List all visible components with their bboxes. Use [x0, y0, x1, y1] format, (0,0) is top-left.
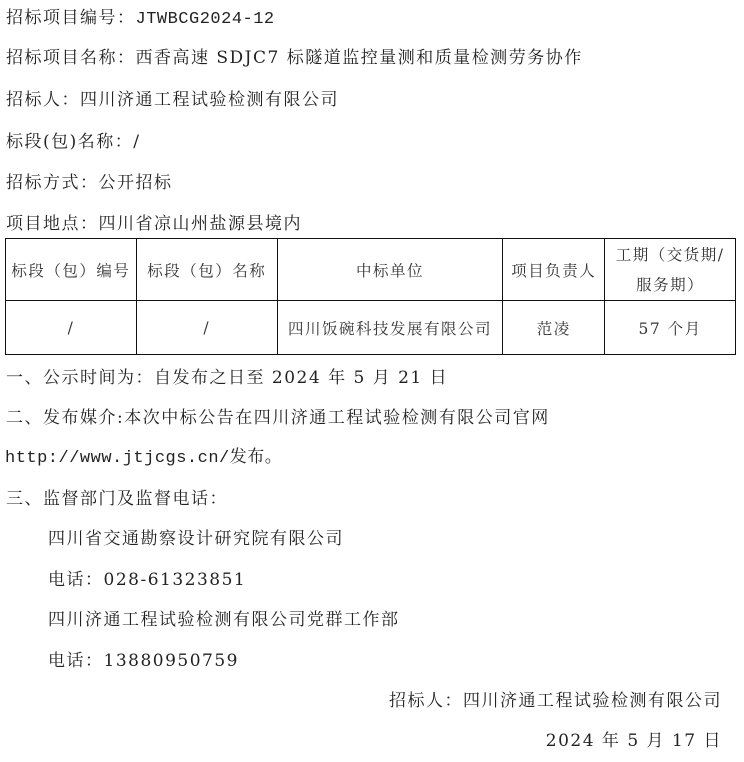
supervisor-phone-line-2: 电话：13880950759: [48, 649, 239, 673]
phone-number: 028-61323851: [104, 570, 247, 590]
tenderer-line: 招标人：四川济通工程试验检测有限公司: [6, 88, 339, 112]
column-header-manager: 项目负责人: [503, 239, 605, 301]
cell-lot-name: /: [136, 301, 277, 355]
project-number-value: JTWBCG2024-12: [136, 10, 275, 29]
phone-label: 电话：: [48, 651, 104, 671]
supervision-title: 三、监督部门及监督电话：: [6, 487, 228, 511]
table-row: / / 四川饭碗科技发展有限公司 范凌 57 个月: [6, 301, 736, 355]
award-table: 标段（包）编号 标段（包）名称 中标单位 项目负责人 工期（交货期/ 服务期） …: [5, 238, 736, 355]
supervisor-phone-line-1: 电话：028-61323851: [48, 568, 246, 592]
media-url-line: http://www.jtjcgs.cn/发布。: [5, 447, 282, 471]
period-header-line2: 服务期）: [607, 270, 733, 300]
supervisor-org-2: 四川济通工程试验检测有限公司党群工作部: [48, 608, 400, 632]
lot-name-line: 标段(包)名称：/: [6, 130, 141, 154]
publicity-period-line: 一、公示时间为：自发布之日至 2024 年 5 月 21 日: [6, 366, 448, 390]
method-line: 招标方式：公开招标: [6, 171, 173, 195]
tenderer-label: 招标人：: [6, 90, 80, 110]
tenderer-value: 四川济通工程试验检测有限公司: [80, 90, 339, 110]
project-name-value: 西香高速 SDJC7 标隧道监控量测和质量检测劳务协作: [136, 48, 583, 68]
location-value: 四川省凉山州盐源县境内: [99, 214, 303, 234]
method-label: 招标方式：: [6, 173, 99, 193]
project-number-label: 招标项目编号：: [6, 8, 136, 28]
column-header-lot-name: 标段（包）名称: [136, 239, 277, 301]
location-label: 项目地点：: [6, 214, 99, 234]
project-name-label: 招标项目名称：: [6, 48, 136, 68]
column-header-lot-number: 标段（包）编号: [6, 239, 137, 301]
method-value: 公开招标: [99, 173, 173, 193]
lot-name-value: /: [133, 132, 140, 152]
supervisor-org-1: 四川省交通勘察设计研究院有限公司: [48, 527, 344, 551]
cell-manager: 范凌: [503, 301, 605, 355]
column-header-period: 工期（交货期/ 服务期）: [605, 239, 736, 301]
cell-winner: 四川饭碗科技发展有限公司: [277, 301, 503, 355]
project-name-line: 招标项目名称：西香高速 SDJC7 标隧道监控量测和质量检测劳务协作: [6, 46, 583, 70]
period-header-line1: 工期（交货期/: [607, 240, 733, 270]
date-line: 2024 年 5 月 17 日: [546, 729, 722, 753]
cell-lot-number: /: [6, 301, 137, 355]
phone-label: 电话：: [48, 570, 104, 590]
media-line: 二、发布媒介:本次中标公告在四川济通工程试验检测有限公司官网: [6, 406, 550, 430]
cell-period: 57 个月: [605, 301, 736, 355]
phone-number: 13880950759: [104, 651, 239, 671]
column-header-winner: 中标单位: [277, 239, 503, 301]
location-line: 项目地点：四川省凉山州盐源县境内: [6, 212, 302, 236]
lot-name-label: 标段(包)名称：: [6, 132, 133, 152]
table-header-row: 标段（包）编号 标段（包）名称 中标单位 项目负责人 工期（交货期/ 服务期）: [6, 239, 736, 301]
signature-line: 招标人：四川济通工程试验检测有限公司: [389, 689, 722, 713]
project-number-line: 招标项目编号：JTWBCG2024-12: [6, 6, 275, 32]
